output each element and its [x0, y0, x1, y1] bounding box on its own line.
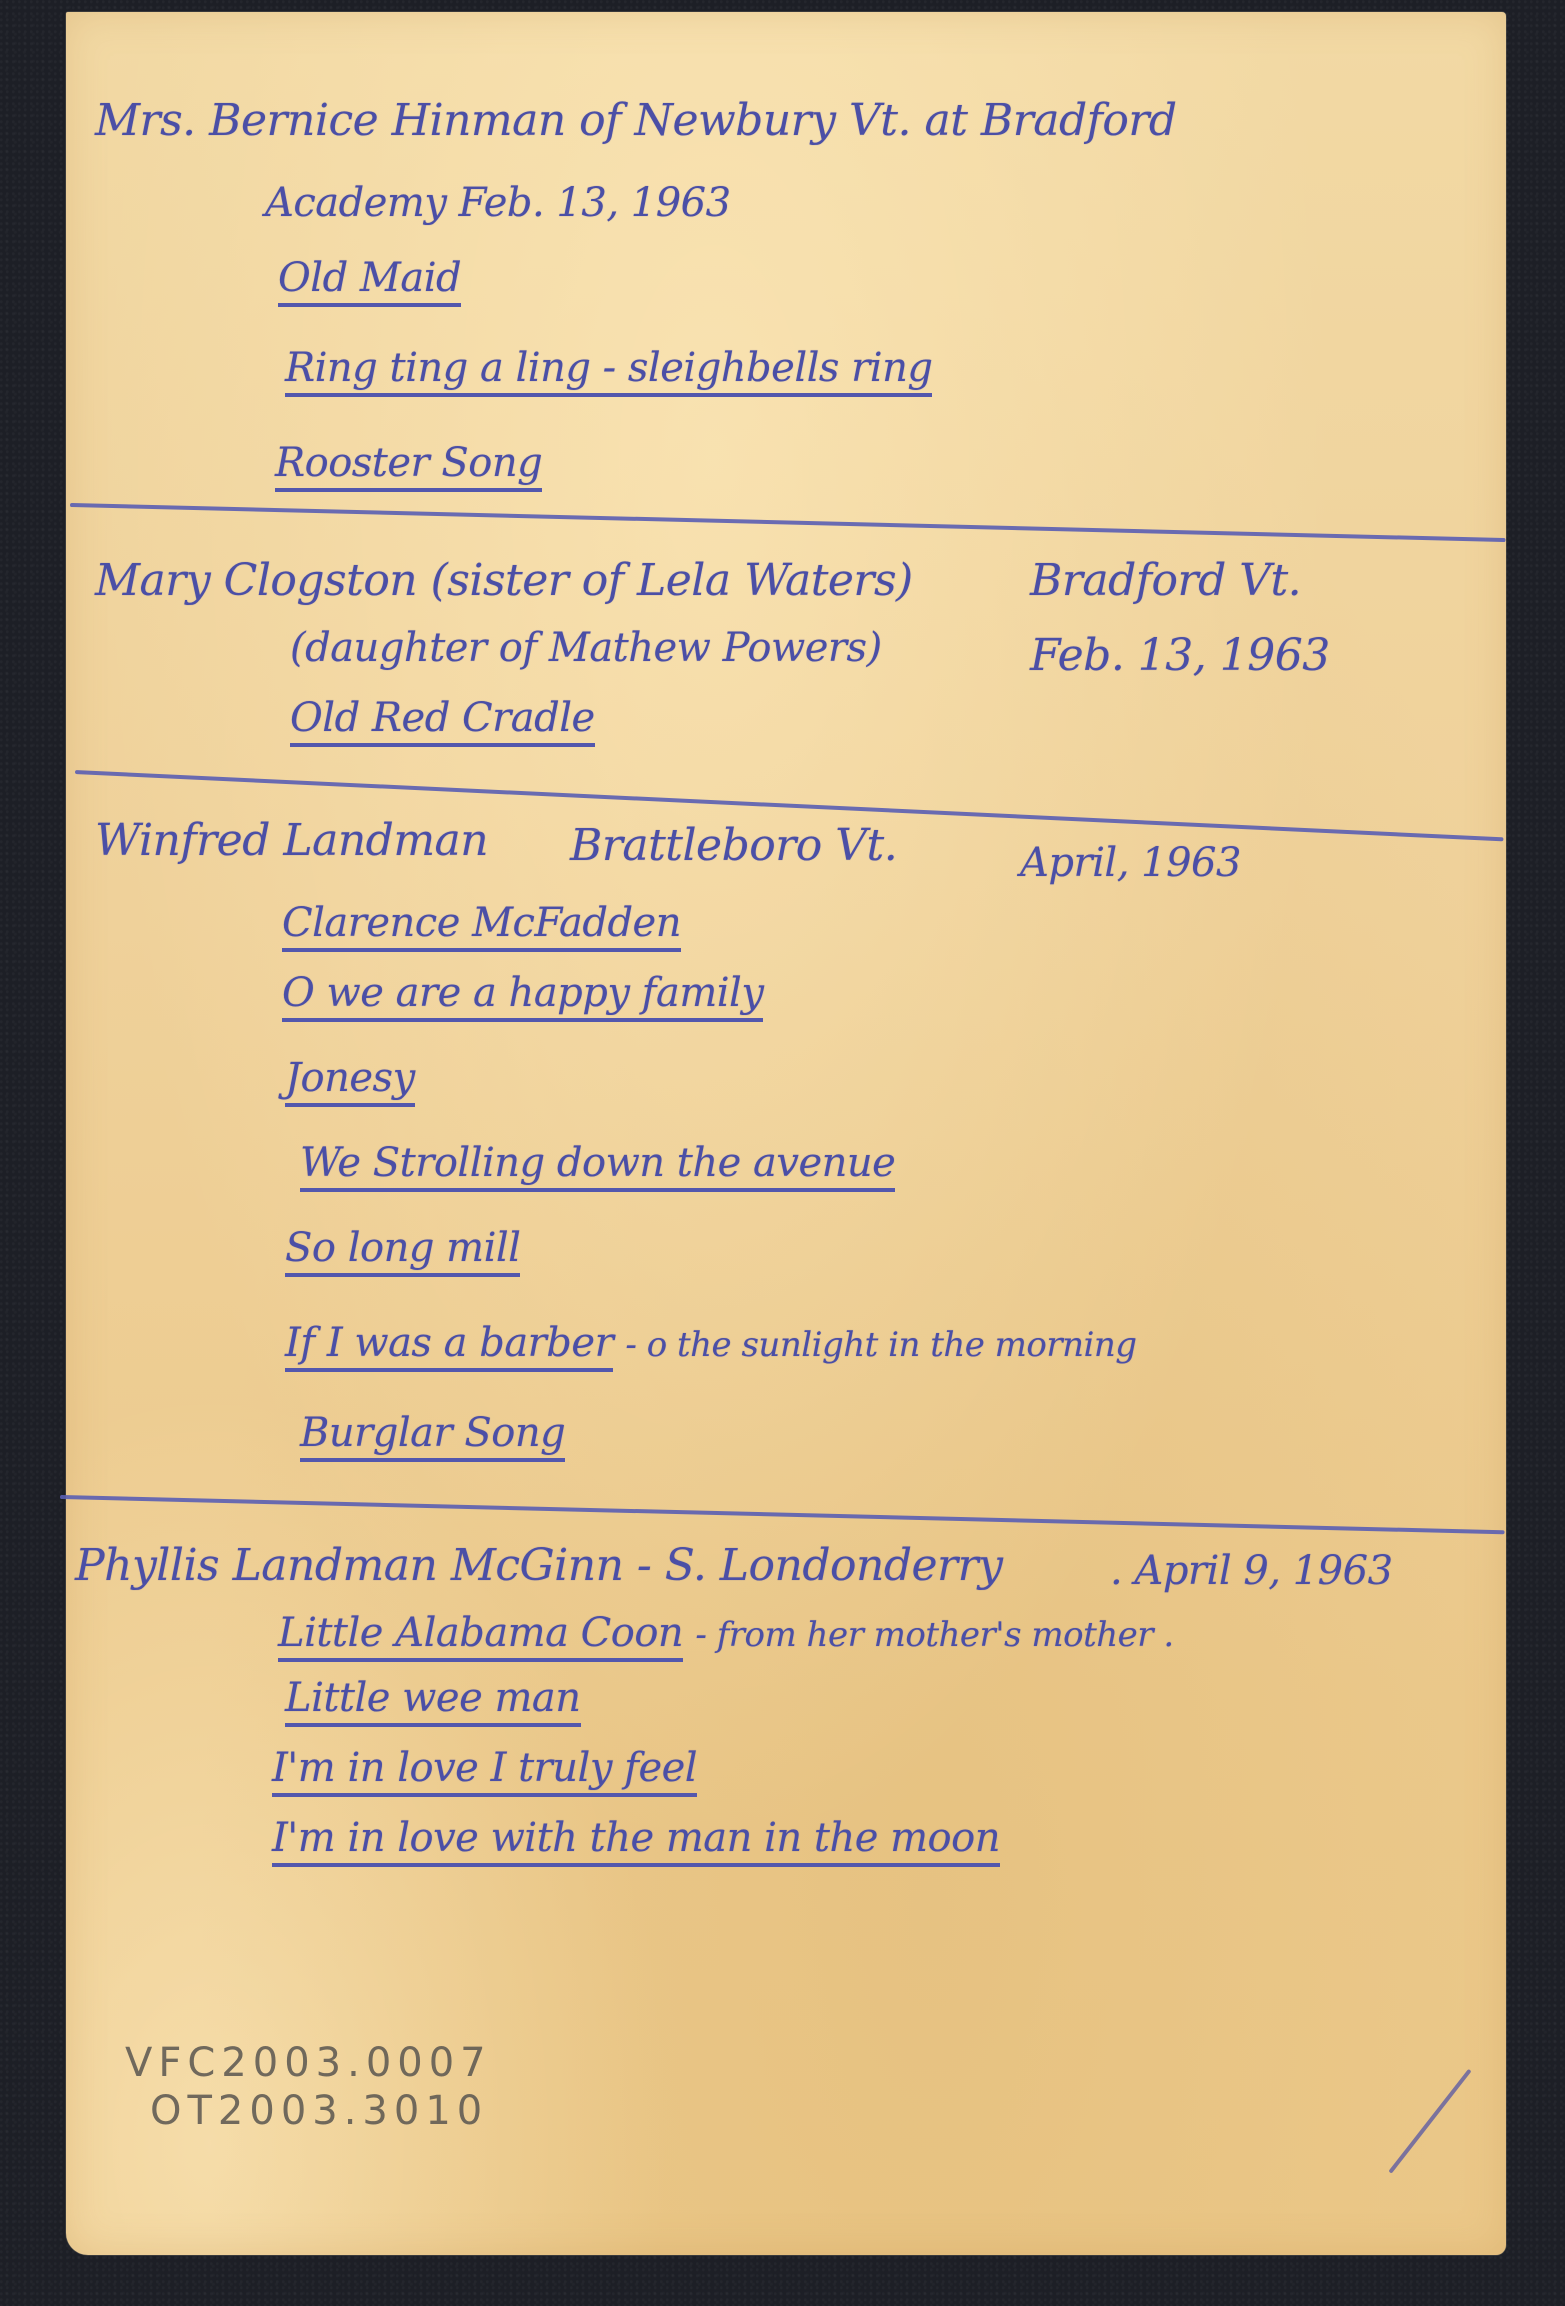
song-note: - from her mother's mother .	[695, 1615, 1173, 1655]
section-3-singer: Winfred Landman	[95, 815, 488, 866]
song-item: So long mill	[285, 1225, 520, 1271]
section-2-date: Feb. 13, 1963	[1030, 630, 1330, 681]
song-title: Rooster Song	[275, 440, 542, 492]
song-title: Clarence McFadden	[282, 900, 681, 952]
song-note: - o the sunlight in the morning	[625, 1325, 1136, 1365]
song-title: I'm in love with the man in the moon	[272, 1815, 1000, 1867]
song-title: I'm in love I truly feel	[272, 1745, 697, 1797]
song-title: So long mill	[285, 1225, 520, 1277]
song-item: Jonesy	[285, 1055, 415, 1101]
song-item: I'm in love I truly feel	[272, 1745, 697, 1791]
catalog-number-2: OT2003.3010	[150, 2088, 488, 2134]
song-item: Old Red Cradle	[290, 695, 595, 741]
song-title: Little wee man	[285, 1675, 581, 1727]
song-title: Old Red Cradle	[290, 695, 595, 747]
catalog-number-1: VFC2003.0007	[125, 2040, 492, 2086]
section-1-singer: Mrs. Bernice Hinman of Newbury Vt. at Br…	[95, 95, 1177, 146]
section-2-place: Bradford Vt.	[1030, 555, 1301, 606]
song-item: If I was a barber - o the sunlight in th…	[285, 1320, 1137, 1366]
section-3-date: April, 1963	[1020, 840, 1241, 886]
song-item: Old Maid	[278, 255, 461, 301]
song-item: Burglar Song	[300, 1410, 565, 1456]
section-2-detail: (daughter of Mathew Powers)	[290, 625, 882, 671]
song-item: We Strolling down the avenue	[300, 1140, 895, 1186]
song-title: We Strolling down the avenue	[300, 1140, 895, 1192]
song-item: Little Alabama Coon - from her mother's …	[278, 1610, 1174, 1656]
section-4-date: . April 9, 1963	[1110, 1548, 1393, 1594]
song-title: O we are a happy family	[282, 970, 763, 1022]
song-item: Ring ting a ling - sleighbells ring	[285, 345, 932, 391]
song-title: Little Alabama Coon	[278, 1610, 683, 1662]
song-item: Clarence McFadden	[282, 900, 681, 946]
song-title: Jonesy	[285, 1055, 415, 1107]
song-item: O we are a happy family	[282, 970, 763, 1016]
song-item: I'm in love with the man in the moon	[272, 1815, 1000, 1861]
song-title: Ring ting a ling - sleighbells ring	[285, 345, 932, 397]
song-title: If I was a barber	[285, 1320, 613, 1372]
section-3-place: Brattleboro Vt.	[570, 820, 897, 871]
section-2-singer: Mary Clogston (sister of Lela Waters)	[95, 555, 913, 606]
section-1-detail: Academy Feb. 13, 1963	[265, 180, 731, 226]
song-item: Little wee man	[285, 1675, 581, 1721]
song-title: Old Maid	[278, 255, 461, 307]
song-item: Rooster Song	[275, 440, 542, 486]
section-4-singer: Phyllis Landman McGinn - S. Londonderry	[75, 1540, 1002, 1591]
song-title: Burglar Song	[300, 1410, 565, 1462]
